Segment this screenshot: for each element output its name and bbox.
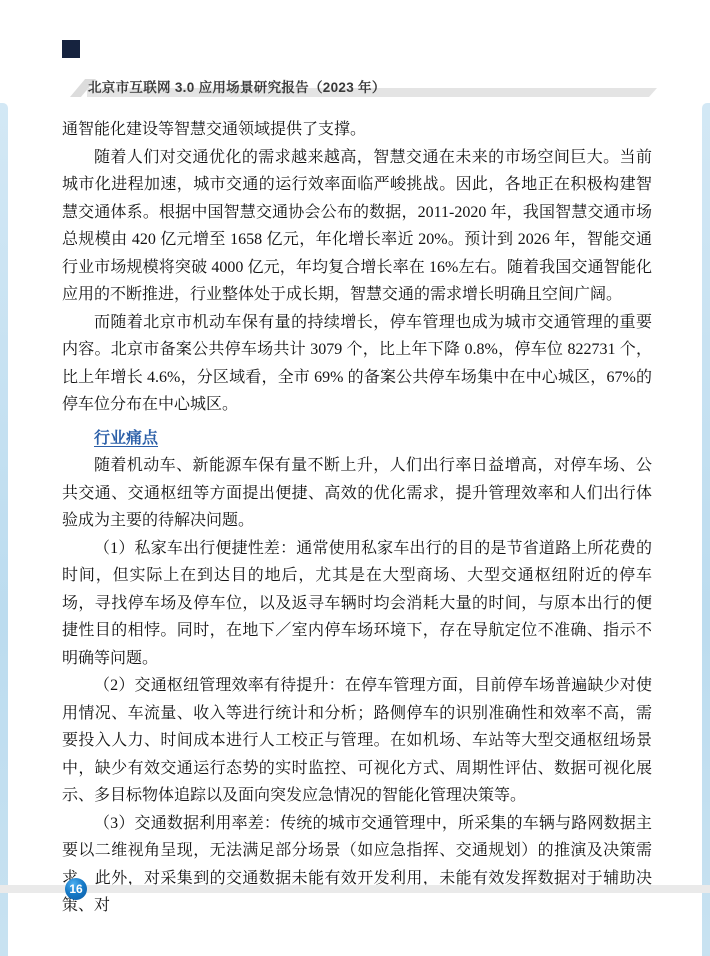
- left-edge-strip: [0, 103, 8, 956]
- page-number-badge: 16: [65, 878, 87, 900]
- section-heading-row: 行业痛点: [62, 425, 652, 453]
- body-paragraph-pain-point-3: （3）交通数据利用率差：传统的城市交通管理中，所采集的车辆与路网数据主要以二维视…: [62, 810, 652, 920]
- section-heading-industry-pain-points: 行业痛点: [94, 430, 158, 447]
- report-title: 北京市互联网 3.0 应用场景研究报告（2023 年）: [88, 76, 386, 96]
- body-paragraph-pain-point-1: （1）私家车出行便捷性差：通常使用私家车出行的目的是节省道路上所花费的时间，但实…: [62, 535, 652, 673]
- right-edge-strip: [702, 103, 710, 956]
- document-body: 通智能化建设等智慧交通领域提供了支撑。 随着人们对交通优化的需求越来越高，智慧交…: [62, 116, 652, 920]
- footer-rule: [0, 885, 710, 893]
- corner-square-mark: [62, 40, 80, 58]
- page-number: 16: [69, 882, 82, 896]
- body-paragraph-smart-traffic-market: 随着人们对交通优化的需求越来越高，智慧交通在未来的市场空间巨大。当前城市化进程加…: [62, 144, 652, 309]
- body-paragraph-parking-stats: 而随着北京市机动车保有量的持续增长，停车管理也成为城市交通管理的重要内容。北京市…: [62, 309, 652, 419]
- body-paragraph-continuation: 通智能化建设等智慧交通领域提供了支撑。: [62, 116, 652, 144]
- report-page: 北京市互联网 3.0 应用场景研究报告（2023 年） 通智能化建设等智慧交通领…: [0, 0, 710, 956]
- body-paragraph-pain-point-2: （2）交通枢纽管理效率有待提升：在停车管理方面，目前停车场普遍缺少对使用情况、车…: [62, 672, 652, 810]
- body-paragraph-pain-points-intro: 随着机动车、新能源车保有量不断上升，人们出行率日益增高，对停车场、公共交通、交通…: [62, 452, 652, 535]
